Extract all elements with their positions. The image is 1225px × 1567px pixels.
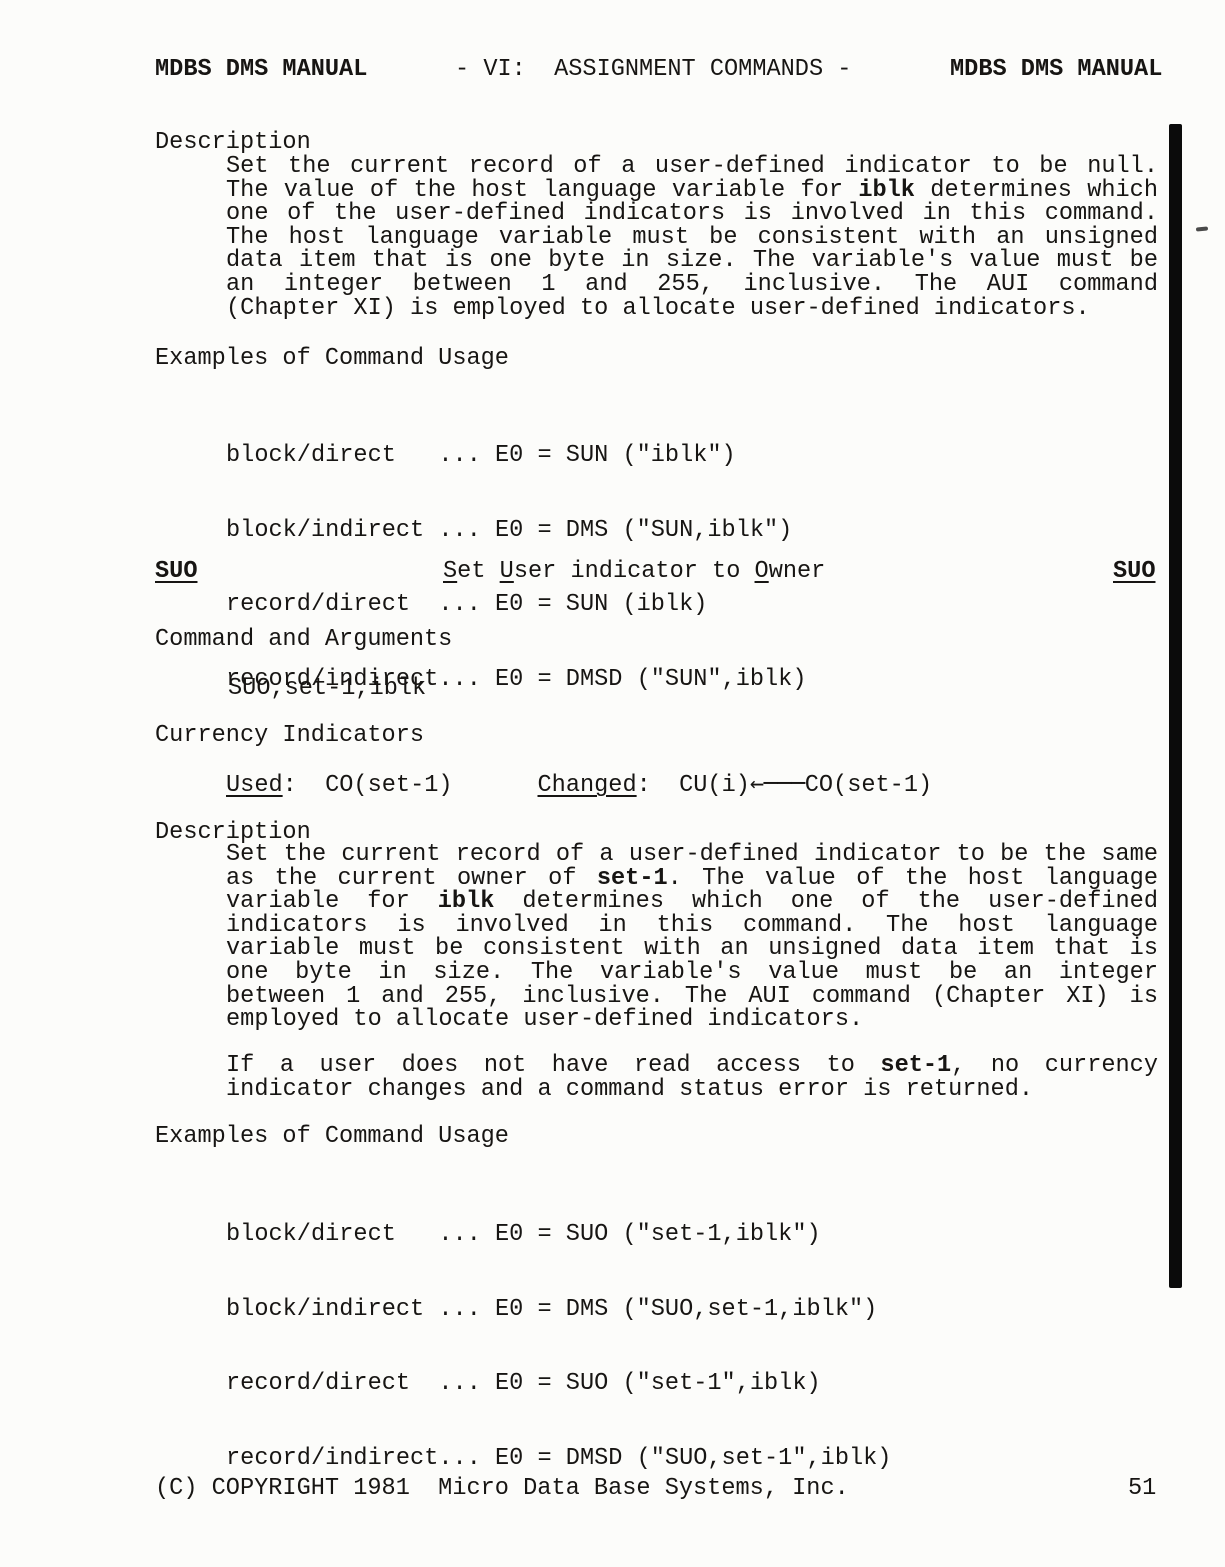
suo-description-paragraph: Set the current record of a user-defined… bbox=[226, 843, 1158, 1032]
suo-command-title: Set User indicator to Owner bbox=[443, 560, 825, 584]
paragraph-line: The value of the host language variable … bbox=[226, 179, 1158, 203]
paragraph-line: If a user does not have read access to s… bbox=[226, 1054, 1158, 1078]
paragraph-line: variable for iblk determines which one o… bbox=[226, 890, 1158, 914]
paragraph-line: as the current owner of set-1. The value… bbox=[226, 867, 1158, 891]
left-arrow-icon: ←─── bbox=[750, 769, 805, 797]
copyright-text: (C) COPYRIGHT 1981 Micro Data Base Syste… bbox=[155, 1477, 849, 1501]
used-value: : CO(set-1) bbox=[283, 772, 453, 799]
paragraph-line: The host language variable must be consi… bbox=[226, 226, 1158, 250]
sun-description-heading: Description bbox=[155, 131, 311, 155]
paragraph-line: Set the current record of a user-defined… bbox=[226, 155, 1158, 179]
code-line: record/direct ... E0 = SUO ("set-1",iblk… bbox=[226, 1372, 891, 1397]
paragraph-line: indicator changes and a command status e… bbox=[226, 1078, 1158, 1102]
suo-command-heading: Command and Arguments bbox=[155, 628, 452, 652]
paragraph-line: variable must be consistent with an unsi… bbox=[226, 937, 1158, 961]
title-text: wner bbox=[769, 558, 826, 585]
sun-examples-heading: Examples of Command Usage bbox=[155, 347, 509, 371]
spacer bbox=[453, 772, 538, 799]
paragraph-line: one byte in size. The variable's value m… bbox=[226, 961, 1158, 985]
code-line: block/indirect ... E0 = DMS ("SUN,iblk") bbox=[226, 519, 807, 544]
changed-label: Changed bbox=[538, 772, 637, 799]
code-line: record/indirect... E0 = DMSD ("SUO,set-1… bbox=[226, 1447, 891, 1472]
suo-example-block: block/direct ... E0 = SUO ("set-1,iblk")… bbox=[226, 1173, 891, 1522]
suo-currency-heading: Currency Indicators bbox=[155, 724, 424, 748]
keyword-set-1: set-1 bbox=[880, 1052, 951, 1079]
suo-code-left: SUO bbox=[155, 560, 197, 584]
used-label: Used bbox=[226, 772, 283, 799]
suo-examples-heading: Examples of Command Usage bbox=[155, 1125, 509, 1149]
title-initial: O bbox=[755, 558, 769, 585]
code-line: block/indirect ... E0 = DMS ("SUO,set-1,… bbox=[226, 1298, 891, 1323]
paragraph-line: between 1 and 255, inclusive. The AUI co… bbox=[226, 985, 1158, 1009]
paragraph-line: an integer between 1 and 255, inclusive.… bbox=[226, 273, 1158, 297]
paragraph-line: employed to allocate user-defined indica… bbox=[226, 1008, 1158, 1032]
suo-code-right: SUO bbox=[1113, 560, 1155, 584]
scanned-manual-page: MDBS DMS MANUAL - VI: ASSIGNMENT COMMAND… bbox=[0, 0, 1225, 1567]
title-text: ser indicator to bbox=[514, 558, 755, 585]
paragraph-line: Set the current record of a user-defined… bbox=[226, 843, 1158, 867]
scan-binding-bar bbox=[1169, 124, 1182, 1288]
suo-command-syntax: SUO,set-1,iblk bbox=[228, 677, 426, 701]
title-text: et bbox=[457, 558, 499, 585]
line-text: , no currency bbox=[951, 1052, 1158, 1079]
stray-mark bbox=[1196, 226, 1208, 231]
paragraph-line: (Chapter XI) is employed to allocate use… bbox=[226, 297, 1158, 321]
paragraph-line: one of the user-defined indicators is in… bbox=[226, 202, 1158, 226]
suo-currency-line: Used: CO(set-1) Changed: CU(i)←───CO(set… bbox=[226, 772, 932, 798]
line-text: If a user does not have read access to bbox=[226, 1052, 880, 1079]
title-initial: U bbox=[500, 558, 514, 585]
sun-description-paragraph: Set the current record of a user-defined… bbox=[226, 155, 1158, 320]
paragraph-line: indicators is involved in this command. … bbox=[226, 914, 1158, 938]
code-line: record/direct ... E0 = SUN (iblk) bbox=[226, 593, 807, 618]
code-line: block/direct ... E0 = SUO ("set-1,iblk") bbox=[226, 1223, 891, 1248]
changed-source: CO(set-1) bbox=[805, 772, 932, 799]
changed-value: : CU(i) bbox=[637, 772, 750, 799]
header-right-title: MDBS DMS MANUAL bbox=[950, 58, 1162, 82]
paragraph-line: data item that is one byte in size. The … bbox=[226, 249, 1158, 273]
code-line: block/direct ... E0 = SUN ("iblk") bbox=[226, 444, 807, 469]
header-left-title: MDBS DMS MANUAL bbox=[155, 58, 367, 82]
suo-access-paragraph: If a user does not have read access to s… bbox=[226, 1054, 1158, 1101]
page-number: 51 bbox=[1128, 1477, 1156, 1501]
title-initial: S bbox=[443, 558, 457, 585]
header-chapter-title: - VI: ASSIGNMENT COMMANDS - bbox=[455, 58, 851, 82]
